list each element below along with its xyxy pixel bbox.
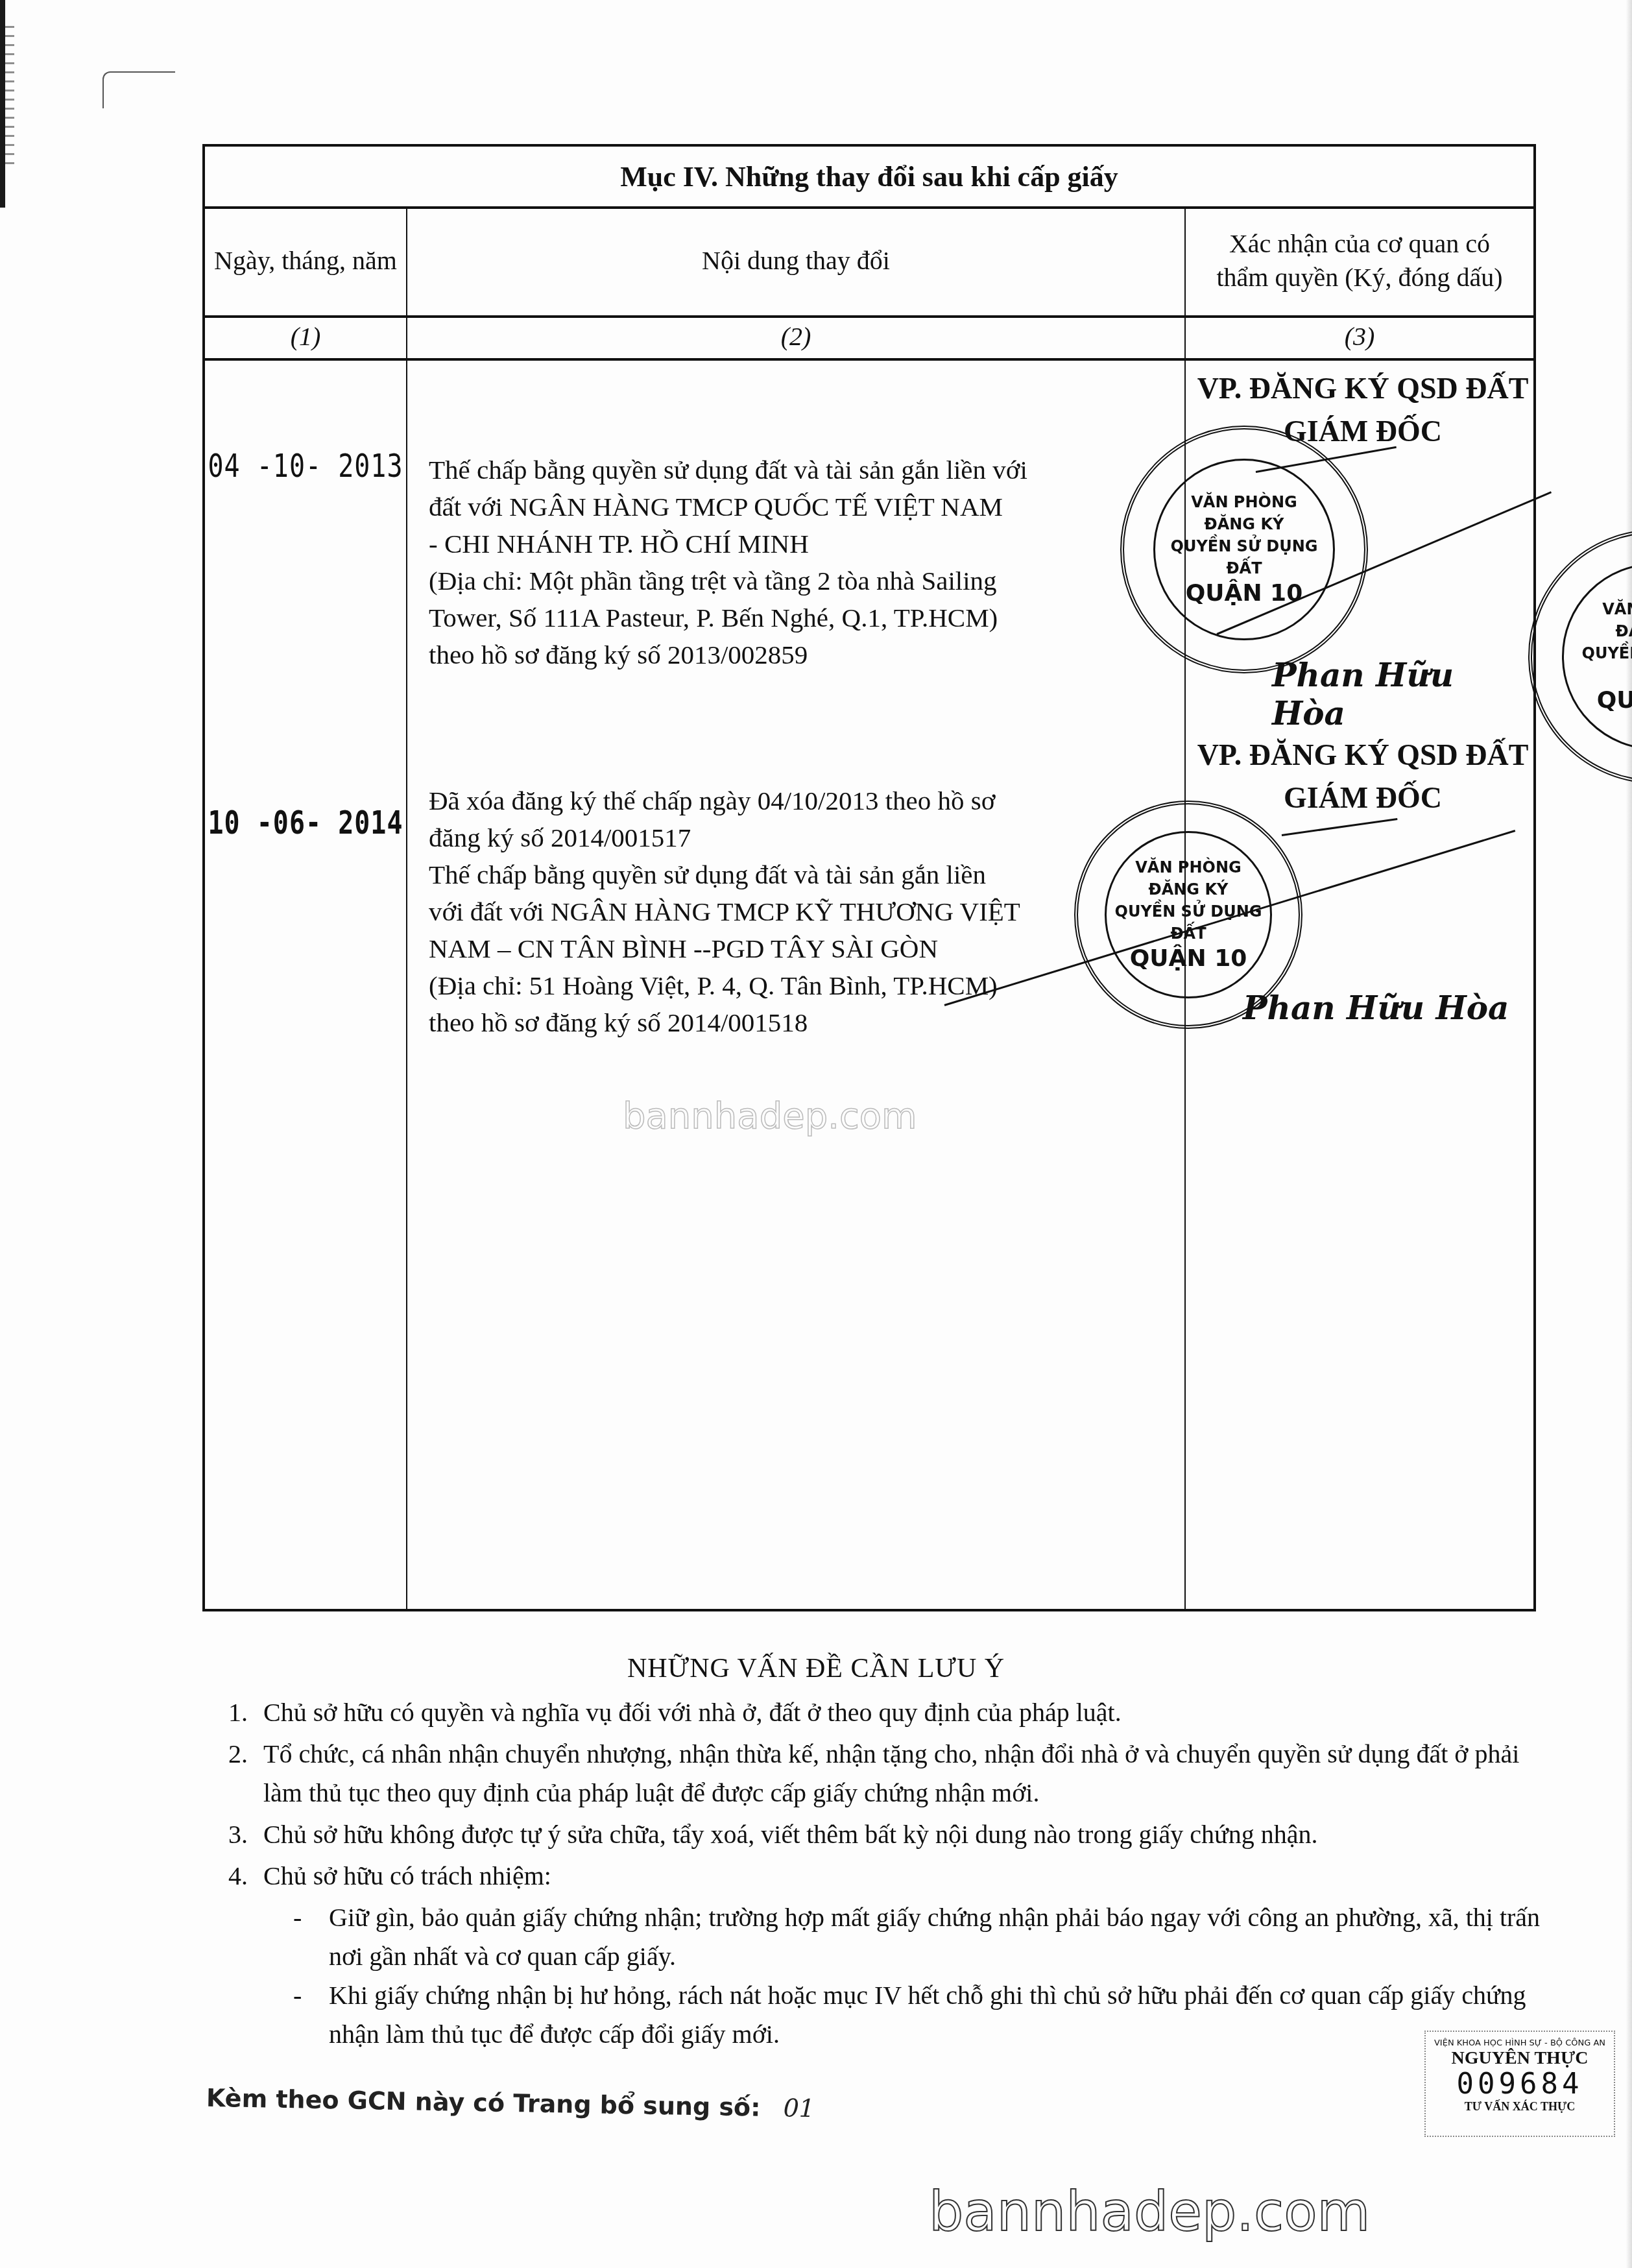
stamp-district: QUẬN 10 (1597, 686, 1632, 715)
note-text: Chủ sở hữu có trách nhiệm: (263, 1857, 1565, 1896)
note-number: 2. (228, 1735, 263, 1813)
table-header-row: Ngày, tháng, năm Nội dung thay đổi Xác n… (205, 206, 1533, 318)
signature-stroke (1282, 818, 1398, 836)
note-number: 3. (228, 1815, 263, 1854)
column-number-3: (3) (1186, 315, 1533, 358)
stamp-inner: VĂN PHÒNG ĐĂNG KÝ QUYỀN SỬ DỤNG ĐẤT QUẬN… (1105, 831, 1272, 998)
attachment-value: 01 (783, 2093, 815, 2123)
office-name: VP. ĐĂNG KÝ QSD ĐẤT (1188, 734, 1538, 777)
entry-line: Đã xóa đăng ký thế chấp ngày 04/10/2013 … (429, 782, 1207, 819)
stamp-line: ĐĂNG KÝ (1616, 620, 1632, 642)
stamp-line: QUYỀN SỬ DỤNG ĐẤT (1155, 535, 1333, 579)
notes-title: NHỮNG VẤN ĐỀ CẦN LƯU Ý (0, 1653, 1632, 1684)
header-date: Ngày, tháng, năm (205, 206, 406, 315)
entry-line: Thế chấp bằng quyền sử dụng đất và tài s… (429, 452, 1207, 489)
attachment-note: Kèm theo GCN này có Trang bổ sung số: 01 (206, 2084, 815, 2123)
note-item: 3. Chủ sở hữu không được tự ý sửa chữa, … (228, 1815, 1565, 1854)
stamp-inner: VĂN PHÒNG ĐĂNG KÝ QUYỀN SỬ DỤNG ĐẤT QUẬN… (1562, 563, 1632, 749)
sticker-brand: NGUYÊN THỰC (1426, 2048, 1614, 2069)
entry-line: đất với NGÂN HÀNG TMCP QUỐC TẾ VIỆT NAM (429, 489, 1207, 525)
note-text: Tổ chức, cá nhân nhận chuyển nhượng, nhậ… (263, 1735, 1565, 1813)
stamp-line: ĐĂNG KÝ (1205, 513, 1284, 535)
note-text: Chủ sở hữu có quyền và nghĩa vụ đối với … (263, 1693, 1565, 1732)
sticker-footer: TƯ VẤN XÁC THỰC (1426, 2100, 1614, 2114)
confirmation-block: VP. ĐĂNG KÝ QSD ĐẤT GIÁM ĐỐC (1188, 734, 1538, 819)
scan-edge (0, 0, 5, 208)
note-item: 1. Chủ sở hữu có quyền và nghĩa vụ đối v… (228, 1693, 1565, 1732)
column-number-row: (1) (2) (3) (205, 315, 1533, 361)
bullet-dash: - (293, 1976, 329, 2054)
entry-line: đăng ký số 2014/001517 (429, 819, 1207, 856)
entry-content: Thế chấp bằng quyền sử dụng đất và tài s… (429, 452, 1207, 673)
note-number: 1. (228, 1693, 263, 1732)
sticker-org: VIỆN KHOA HỌC HÌNH SỰ - BỘ CÔNG AN (1426, 2038, 1614, 2048)
entry-date: 04 -10- 2013 (205, 448, 406, 485)
stamp-line: QUYỀN SỬ DỤNG ĐẤT (1107, 900, 1270, 945)
official-seal-stamp-partial: VĂN PHÒNG ĐĂNG KÝ QUYỀN SỬ DỤNG ĐẤT QUẬN… (1528, 529, 1632, 784)
stamp-district: QUẬN 10 (1130, 945, 1247, 973)
office-name: VP. ĐĂNG KÝ QSD ĐẤT (1188, 367, 1538, 410)
section-title: Mục IV. Những thay đổi sau khi cấp giấy (205, 147, 1533, 209)
note-item: 4. Chủ sở hữu có trách nhiệm: (228, 1857, 1565, 1896)
entry-line: theo hồ sơ đăng ký số 2014/001518 (429, 1004, 1207, 1041)
signer-name: Phan Hữu Hòa (1243, 989, 1509, 1027)
entry-line: - CHI NHÁNH TP. HỒ CHÍ MINH (429, 525, 1207, 562)
note-item: 2. Tổ chức, cá nhân nhận chuyển nhượng, … (228, 1735, 1565, 1813)
stamp-line: VĂN PHÒNG (1602, 598, 1632, 620)
stamp-line: VĂN PHÒNG (1135, 856, 1241, 878)
note-subitem-text: Khi giấy chứng nhận bị hư hỏng, rách nát… (329, 1976, 1565, 2054)
header-content: Nội dung thay đổi (407, 206, 1184, 315)
attachment-label: Kèm theo GCN này có Trang bổ sung số: (206, 2084, 761, 2122)
note-number: 4. (228, 1857, 263, 1896)
stamp-line: ĐĂNG KÝ (1149, 878, 1229, 900)
section-iv-table: Mục IV. Những thay đổi sau khi cấp giấy … (202, 144, 1536, 1611)
bullet-dash: - (293, 1898, 329, 1976)
official-seal-stamp: VĂN PHÒNG ĐĂNG KÝ QUYỀN SỬ DỤNG ĐẤT QUẬN… (1120, 426, 1368, 673)
scan-noise (5, 26, 14, 169)
column-number-1: (1) (205, 315, 406, 358)
crop-corner-mark (102, 71, 175, 108)
entry-line: (Địa chỉ: Một phần tầng trệt và tầng 2 t… (429, 562, 1207, 599)
signer-name: Phan Hữu Hòa (1272, 656, 1533, 732)
watermark: bannhadep.com (929, 2180, 1370, 2243)
authentication-sticker: VIỆN KHOA HỌC HÌNH SỰ - BỘ CÔNG AN NGUYÊ… (1424, 2031, 1615, 2137)
entry-line: theo hồ sơ đăng ký số 2013/002859 (429, 636, 1207, 673)
scan-edge-right (1626, 0, 1632, 2268)
stamp-inner: VĂN PHÒNG ĐĂNG KÝ QUYỀN SỬ DỤNG ĐẤT QUẬN… (1153, 459, 1335, 640)
sticker-serial: 009684 (1426, 2069, 1614, 2100)
notes-list: 1. Chủ sở hữu có quyền và nghĩa vụ đối v… (228, 1693, 1565, 2054)
column-divider (406, 206, 407, 1609)
note-text: Chủ sở hữu không được tự ý sửa chữa, tẩy… (263, 1815, 1565, 1854)
note-subitem-text: Giữ gìn, bảo quản giấy chứng nhận; trườn… (329, 1898, 1565, 1976)
watermark: bannhadep.com (623, 1095, 917, 1137)
note-subitem: - Giữ gìn, bảo quản giấy chứng nhận; trư… (293, 1898, 1565, 1976)
note-subitem: - Khi giấy chứng nhận bị hư hỏng, rách n… (293, 1976, 1565, 2054)
stamp-line: VĂN PHÒNG (1191, 491, 1297, 513)
stamp-line: QUYỀN SỬ DỤNG ĐẤT (1564, 642, 1632, 686)
column-number-2: (2) (407, 315, 1184, 358)
entry-line: Tower, Số 111A Pasteur, P. Bến Nghé, Q.1… (429, 599, 1207, 636)
header-confirmation: Xác nhận của cơ quan có thẩm quyền (Ký, … (1186, 206, 1533, 315)
entry-date: 10 -06- 2014 (205, 804, 406, 842)
official-seal-stamp: VĂN PHÒNG ĐĂNG KÝ QUYỀN SỬ DỤNG ĐẤT QUẬN… (1074, 801, 1302, 1029)
